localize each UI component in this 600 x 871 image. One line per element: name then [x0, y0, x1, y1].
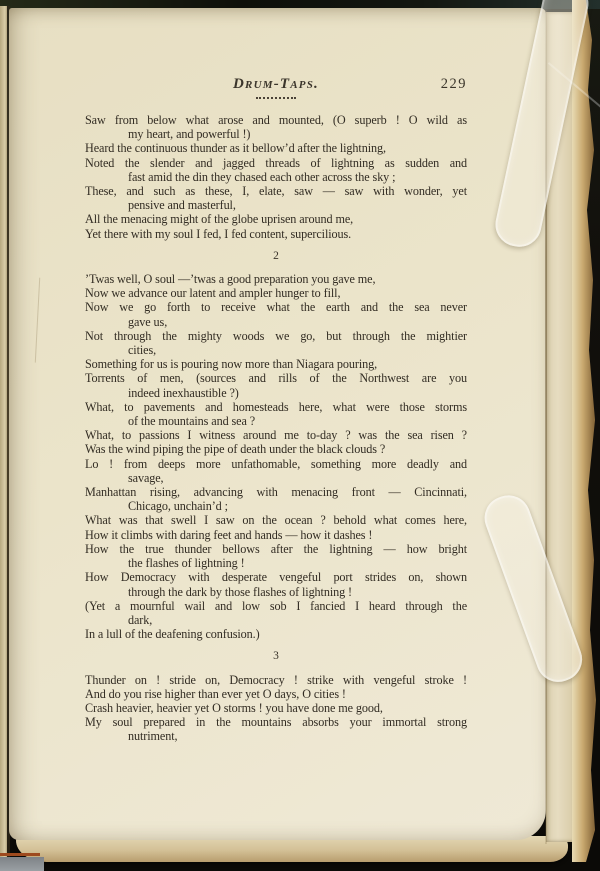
poem-line: Lo ! from deeps more unfathomable, somet… [85, 457, 467, 471]
poem-line: How Democracy with desperate vengeful po… [85, 570, 467, 584]
poem-line: Now we advance our latent and ampler hun… [85, 286, 467, 300]
poem-line: How it climbs with daring feet and hands… [85, 528, 467, 542]
poem-line: Noted the slender and jagged threads of … [85, 156, 467, 170]
poem-line: Torrents of men, (sources and rills of t… [85, 371, 467, 385]
poem-line: Chicago, unchain’d ; [85, 499, 467, 513]
ornamental-rule [256, 97, 296, 99]
poem-line: through the dark by those flashes of lig… [85, 585, 467, 599]
running-header: Drum-Taps. 229 [85, 76, 467, 99]
poem-line: What, to pavements and homesteads here, … [85, 400, 467, 414]
poem-line: nutriment, [85, 729, 467, 743]
section-number: 2 [85, 249, 467, 263]
poem-line: What, to passions I witness around me to… [85, 428, 467, 442]
poem-line: my heart, and powerful !) [85, 127, 467, 141]
poem-line: Something for us is pouring now more tha… [85, 357, 467, 371]
poem-line: All the menacing might of the globe upri… [85, 212, 467, 226]
poem-line: (Yet a mournful wail and low sob I fanci… [85, 599, 467, 613]
book-scan: { "book": { "header": { "title": "Drum-T… [0, 0, 600, 871]
book-board-corner [0, 857, 44, 871]
poem-line: indeed inexhaustible ?) [85, 386, 467, 400]
poem-line: gave us, [85, 315, 467, 329]
poem-line: How the true thunder bellows after the l… [85, 542, 467, 556]
paper-scratch [35, 278, 54, 364]
poem-line: dark, [85, 613, 467, 627]
poem-line: Yet there with my soul I fed, I fed cont… [85, 227, 467, 241]
poem-line: And do you rise higher than ever yet O d… [85, 687, 467, 701]
poem-line: What was that swell I saw on the ocean ?… [85, 513, 467, 527]
poem-line: fast amid the din they chased each other… [85, 170, 467, 184]
poem: Saw from below what arose and mounted, (… [85, 113, 467, 744]
poem-line: Was the wind piping the pipe of death un… [85, 442, 467, 456]
poem-line: cities, [85, 343, 467, 357]
poem-line: My soul prepared in the mountains absorb… [85, 715, 467, 729]
poem-line: Now we go forth to receive what the eart… [85, 300, 467, 314]
page-number: 229 [441, 76, 467, 93]
poem-line: These, and such as these, I, elate, saw … [85, 184, 467, 198]
book-page: Drum-Taps. 229 Saw from below what arose… [9, 8, 546, 840]
poem-line: of the mountains and sea ? [85, 414, 467, 428]
section-number: 3 [85, 649, 467, 663]
torn-page-edges [572, 0, 596, 862]
poem-line: Not through the mighty woods we go, but … [85, 329, 467, 343]
poem-line: pensive and masterful, [85, 198, 467, 212]
poem-line: In a lull of the deafening confusion.) [85, 627, 467, 641]
page-title: Drum-Taps. [85, 76, 467, 93]
book-board-line [0, 853, 40, 856]
poem-line: Manhattan rising, advancing with menacin… [85, 485, 467, 499]
poem-line: Crash heavier, heavier yet O storms ! yo… [85, 701, 467, 715]
poem-line: Saw from below what arose and mounted, (… [85, 113, 467, 127]
poem-line: Heard the continuous thunder as it bello… [85, 141, 467, 155]
poem-line: ’Twas well, O soul —’twas a good prepara… [85, 272, 467, 286]
poem-line: Thunder on ! stride on, Democracy ! stri… [85, 673, 467, 687]
poem-line: the flashes of lightning ! [85, 556, 467, 570]
poem-line: savage, [85, 471, 467, 485]
